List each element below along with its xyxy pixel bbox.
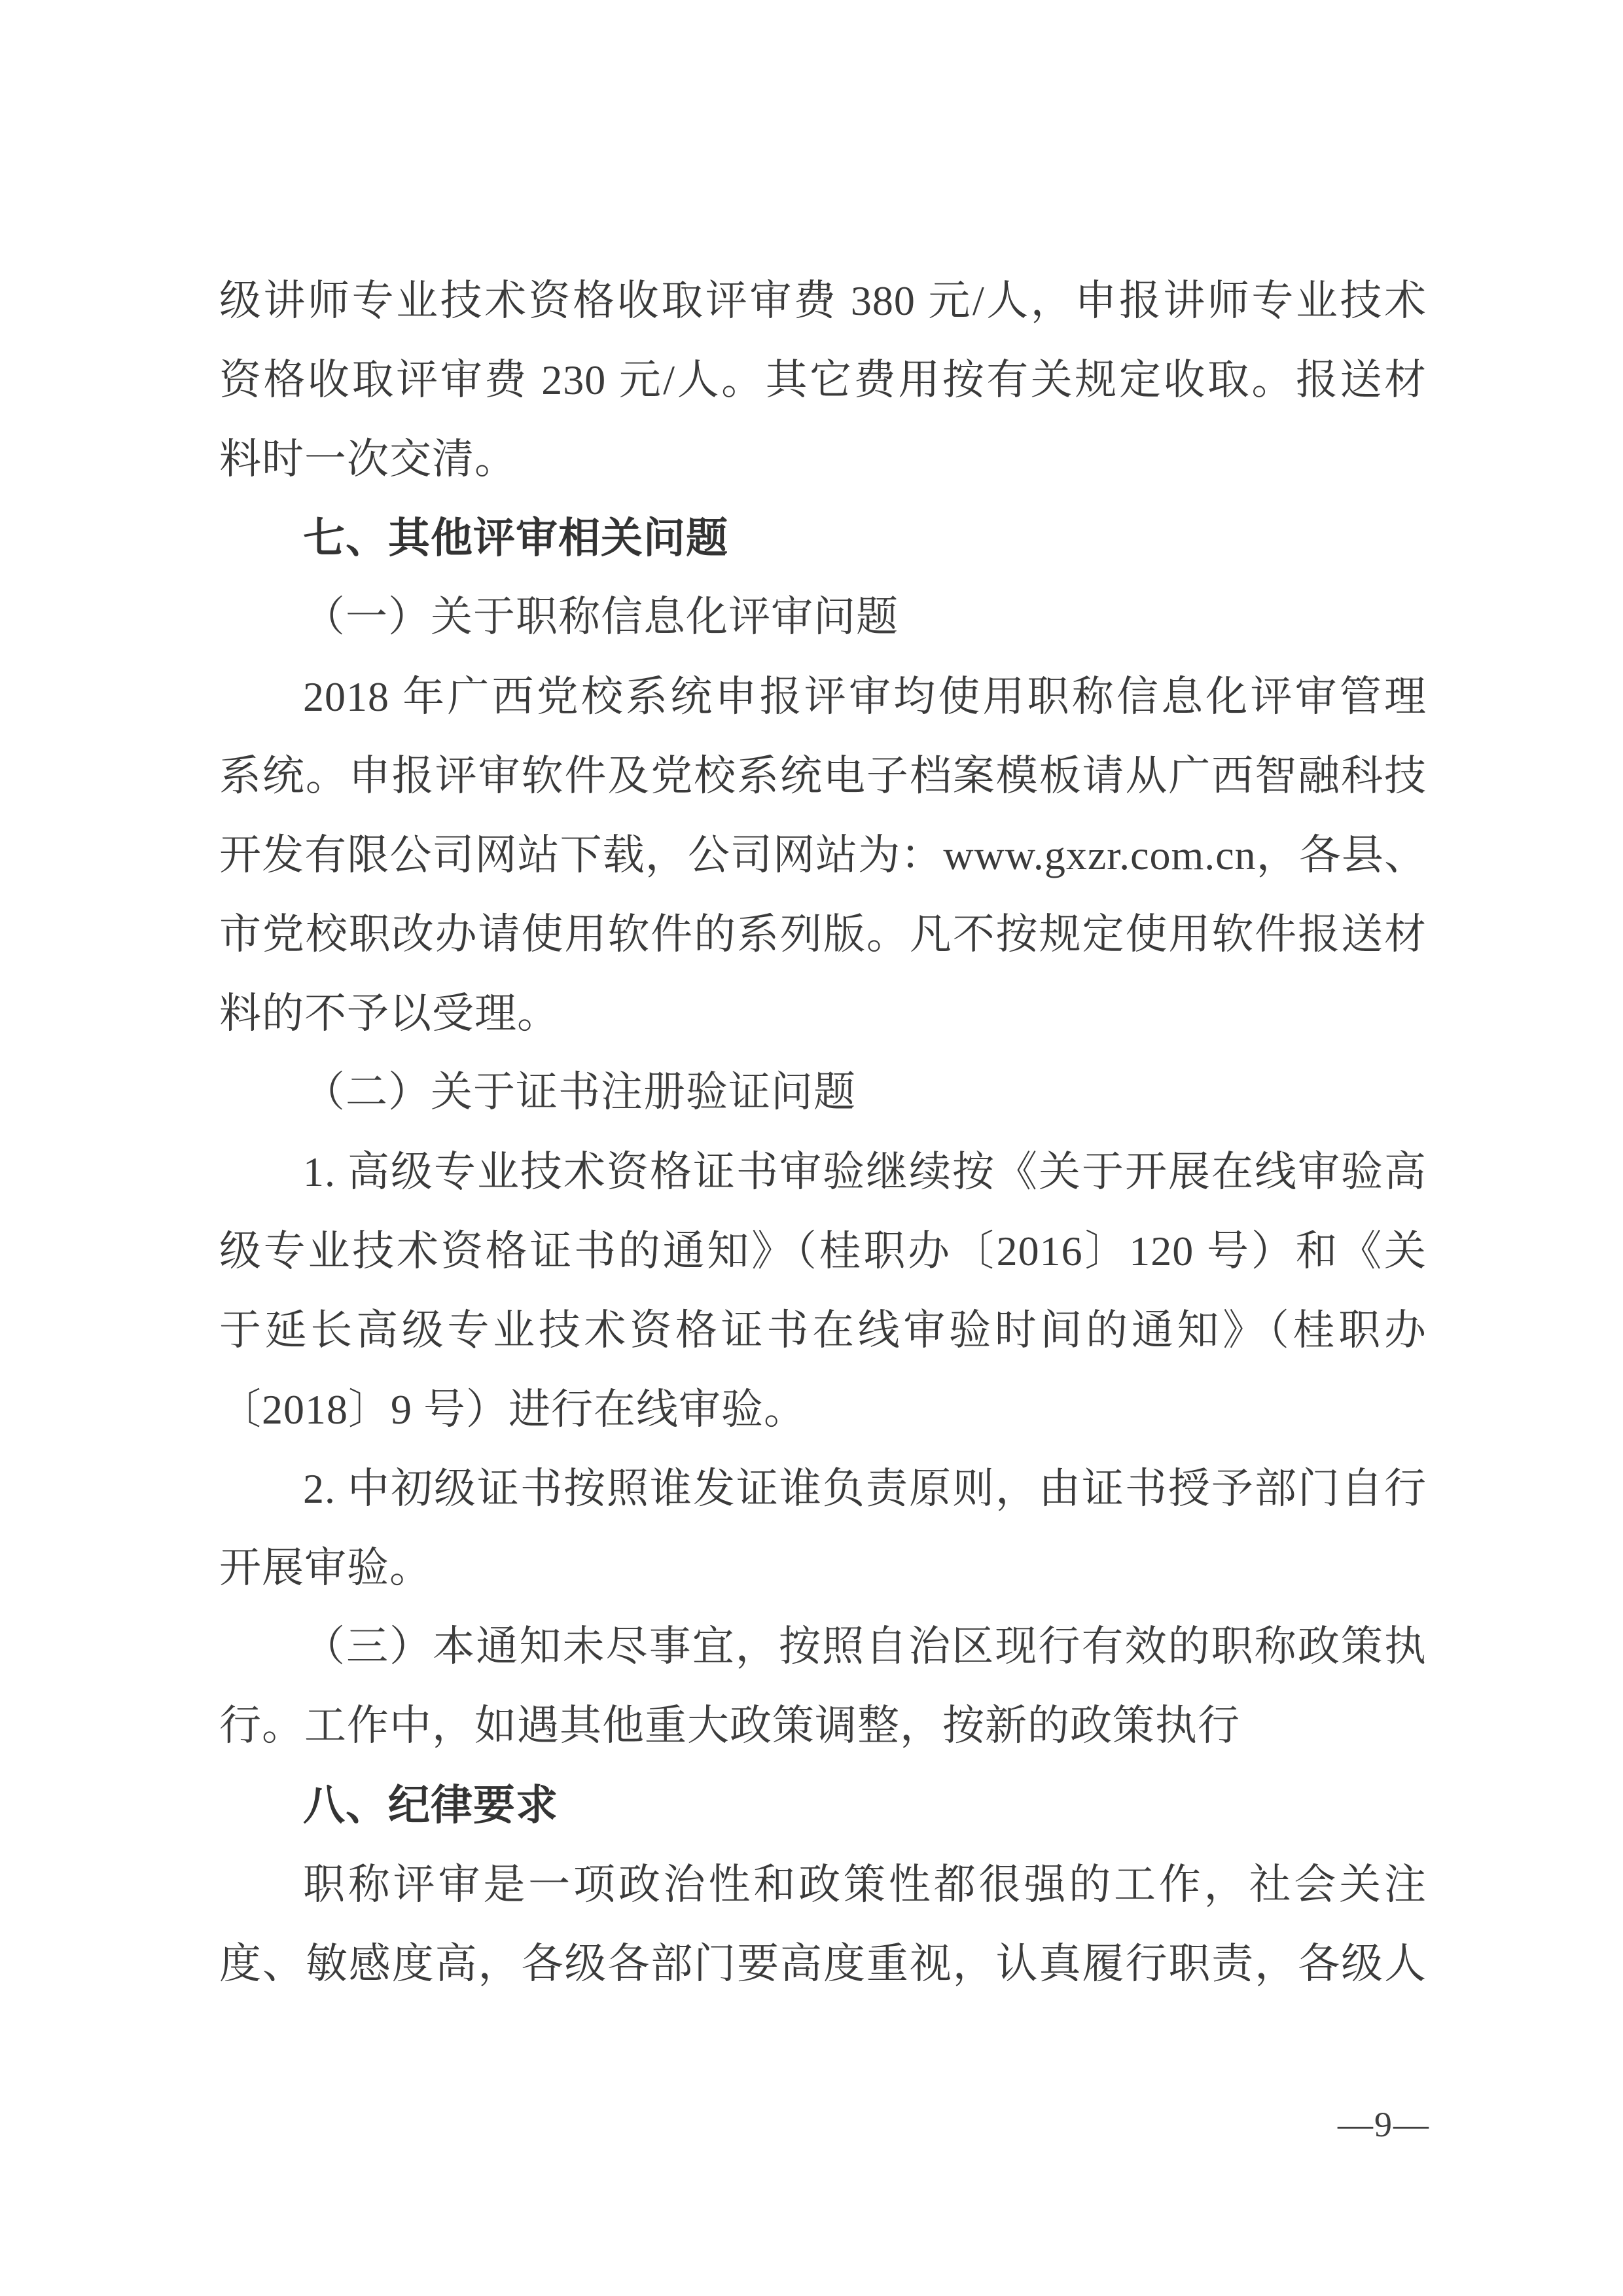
body-line: 料时一次交清。 — [219, 420, 1427, 499]
body-line: 料的不予以受理。 — [219, 974, 1427, 1053]
body-line: 系统。申报评审软件及党校系统电子档案模板请从广西智融科技 — [219, 736, 1427, 816]
subsection-heading-3: （三）本通知未尽事宜，按照自治区现行有效的职称政策执 — [219, 1607, 1427, 1687]
body-line: 1. 高级专业技术资格证书审验继续按《关于开展在线审验高 — [219, 1132, 1427, 1211]
page-number: —9— — [1338, 2105, 1430, 2144]
document-page: 级讲师专业技术资格收取评审费 380 元/人，申报讲师专业技术 资格收取评审费 … — [0, 0, 1623, 2296]
body-line: 〔2018〕9 号）进行在线审验。 — [219, 1370, 1427, 1449]
section-heading-7: 七、其他评审相关问题 — [219, 499, 1427, 578]
body-line: 开展审验。 — [219, 1528, 1427, 1607]
body-line: 开发有限公司网站下载，公司网站为：www.gxzr.com.cn，各县、 — [219, 816, 1427, 895]
body-line: 2. 中初级证书按照谁发证谁负责原则，由证书授予部门自行 — [219, 1449, 1427, 1528]
body-line: 级讲师专业技术资格收取评审费 380 元/人，申报讲师专业技术 — [219, 261, 1427, 340]
body-line: 行。工作中，如遇其他重大政策调整，按新的政策执行 — [219, 1687, 1427, 1766]
subsection-heading-1: （一）关于职称信息化评审问题 — [219, 578, 1427, 657]
body-line: 2018 年广西党校系统申报评审均使用职称信息化评审管理 — [219, 657, 1427, 736]
body-line: 职称评审是一项政治性和政策性都很强的工作，社会关注 — [219, 1845, 1427, 1924]
body-line: 级专业技术资格证书的通知》（桂职办〔2016〕120 号）和《关 — [219, 1211, 1427, 1291]
body-line: 于延长高级专业技术资格证书在线审验时间的通知》（桂职办 — [219, 1291, 1427, 1370]
body-line: 市党校职改办请使用软件的系列版。凡不按规定使用软件报送材 — [219, 895, 1427, 974]
body-line: 度、敏感度高，各级各部门要高度重视，认真履行职责，各级人 — [219, 1924, 1427, 2003]
section-heading-8: 八、纪律要求 — [219, 1766, 1427, 1845]
subsection-heading-2: （二）关于证书注册验证问题 — [219, 1053, 1427, 1132]
document-body: 级讲师专业技术资格收取评审费 380 元/人，申报讲师专业技术 资格收取评审费 … — [219, 261, 1427, 2003]
body-line: 资格收取评审费 230 元/人。其它费用按有关规定收取。报送材 — [219, 340, 1427, 420]
